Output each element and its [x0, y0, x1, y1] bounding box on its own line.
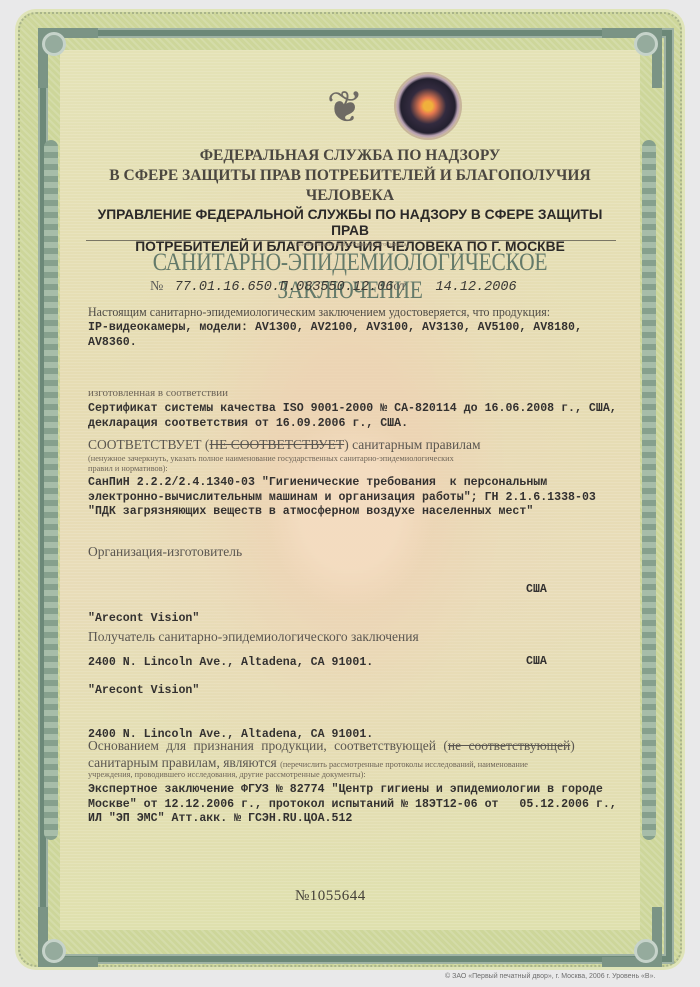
- rule-line: электронно-вычислительным машинам и орга…: [88, 491, 668, 506]
- product-line: AV8360.: [88, 336, 668, 351]
- agency-header-line: ФЕДЕРАЛЬНАЯ СЛУЖБА ПО НАДЗОРУ: [80, 146, 620, 166]
- basis-main: санитарным правилам, являются: [88, 755, 277, 770]
- basis-note: (перечислить рассмотренные протоколы исс…: [280, 760, 528, 769]
- manufacturer-country: США: [526, 583, 547, 598]
- sanitary-rules: СанПиН 2.2.2/2.4.1340-03 "Гигиенические …: [88, 476, 668, 520]
- manufactured-label: изготовленная в соответствии: [88, 387, 668, 399]
- certificate-date: 14.12.2006: [436, 280, 517, 295]
- manufacturer-name: "Arecont Vision": [88, 612, 668, 627]
- basis-statement: Основанием для признания продукции, соот…: [88, 738, 668, 754]
- rule-line: СанПиН 2.2.2/2.4.1340-03 "Гигиенические …: [88, 476, 668, 491]
- date-label: от: [393, 279, 406, 294]
- product-description: IP-видеокамеры, модели: AV1300, AV2100, …: [88, 321, 668, 350]
- hologram-seal-icon: [396, 74, 460, 138]
- rule-line: "ПДК загрязняющих веществ в атмосферном …: [88, 505, 668, 520]
- manufactured-line: Сертификат системы качества ISO 9001-200…: [88, 402, 668, 417]
- basis-line-2: санитарным правилам, являются (перечисли…: [88, 755, 668, 771]
- recipient-label: Получатель санитарно-эпидемиологического…: [88, 629, 668, 645]
- certificate-number: 77.01.16.650.П.083550.12.06: [175, 280, 394, 295]
- basis-documents: Экспертное заключение ФГУЗ № 82774 "Цент…: [88, 783, 668, 827]
- department-line: УПРАВЛЕНИЕ ФЕДЕРАЛЬНОЙ СЛУЖБЫ ПО НАДЗОРУ…: [80, 207, 620, 239]
- corner-ornament-icon: [602, 907, 662, 967]
- corner-ornament-icon: [38, 28, 98, 88]
- note-line: (ненужное зачеркнуть, указать полное наи…: [88, 454, 668, 464]
- agency-header-line: В СФЕРЕ ЗАЩИТЫ ПРАВ ПОТРЕБИТЕЛЕЙ И БЛАГО…: [80, 166, 620, 206]
- corner-ornament-icon: [602, 28, 662, 88]
- recipient-country: США: [526, 655, 547, 670]
- basis-line: Экспертное заключение ФГУЗ № 82774 "Цент…: [88, 783, 668, 798]
- department-caption: (наименование территориального органа): [86, 241, 616, 248]
- basis-prefix: Основанием для признания продукции, соот…: [88, 738, 448, 753]
- basis-line: Москве" от 12.12.2006 г., протокол испыт…: [88, 798, 668, 813]
- recipient-name: "Arecont Vision": [88, 684, 668, 699]
- corner-ornament-icon: [38, 907, 98, 967]
- basis-note-line: учреждения, проводившего исследования, д…: [88, 770, 668, 780]
- product-intro: Настоящим санитарно-эпидемиологическим з…: [88, 304, 622, 320]
- coat-of-arms-icon: ❦: [322, 80, 368, 135]
- basis-suffix: ): [570, 738, 575, 753]
- compliance-statement: СООТВЕТСТВУЕТ (НЕ СООТВЕТСТВУЕТ) санитар…: [88, 437, 668, 453]
- complies-label: СООТВЕТСТВУЕТ: [88, 437, 201, 452]
- certificate-number-row: № 77.01.16.650.П.083550.12.06от 14.12.20…: [150, 278, 517, 295]
- basis-line: ИЛ "ЭП ЭМС" Атт.акк. № ГСЭН.RU.ЦОА.512: [88, 812, 668, 827]
- number-label: №: [150, 279, 163, 294]
- compliance-suffix: санитарным правилам: [352, 437, 480, 452]
- manufactured-line: декларация соответствия от 16.09.2006 г.…: [88, 417, 668, 432]
- left-border-pattern: [44, 140, 58, 840]
- not-complies-struck: НЕ СООТВЕТСТВУЕТ: [209, 437, 344, 452]
- printer-imprint: © ЗАО «Первый печатный двор», г. Москва,…: [445, 973, 655, 980]
- form-serial-number: №1055644: [295, 888, 366, 905]
- document-title: САНИТАРНО-ЭПИДЕМИОЛОГИЧЕСКОЕ ЗАКЛЮЧЕНИЕ: [118, 249, 582, 305]
- compliance-note: (ненужное зачеркнуть, указать полное наи…: [88, 454, 668, 474]
- agency-header: ФЕДЕРАЛЬНАЯ СЛУЖБА ПО НАДЗОРУ В СФЕРЕ ЗА…: [80, 146, 620, 206]
- note-line: правил и нормативов):: [88, 464, 668, 474]
- manufactured-documents: Сертификат системы качества ISO 9001-200…: [88, 402, 668, 431]
- basis-struck: не соответствующей: [448, 738, 570, 753]
- manufacturer-label: Организация-изготовитель: [88, 544, 668, 560]
- product-line: IP-видеокамеры, модели: AV1300, AV2100, …: [88, 321, 668, 336]
